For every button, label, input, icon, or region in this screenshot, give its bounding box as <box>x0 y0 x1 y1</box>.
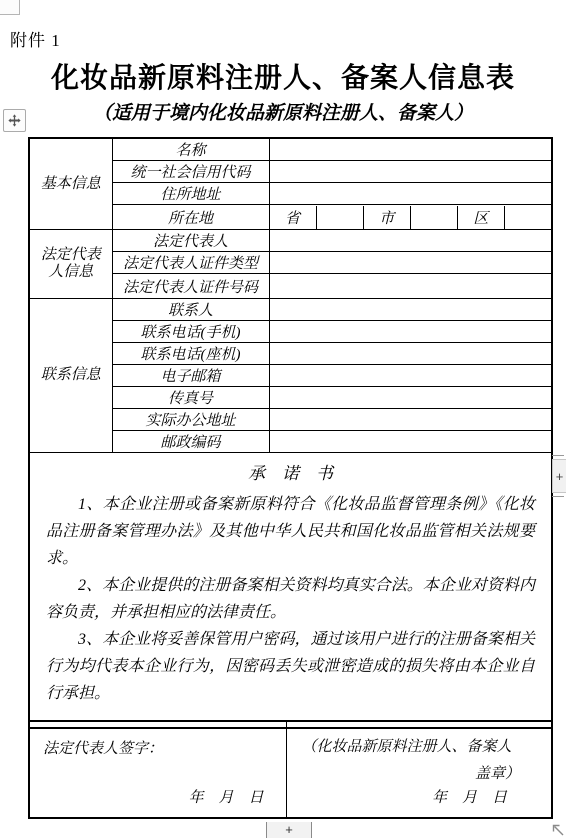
input-cell-id-type[interactable] <box>269 252 552 274</box>
table-row: 基本信息 名称 <box>29 138 552 161</box>
field-label-phone-landline: 联系电话(座机) <box>112 343 269 365</box>
field-label-fax: 传真号 <box>112 387 269 409</box>
field-label-phone-mobile: 联系电话(手机) <box>112 321 269 343</box>
section-label-text: 联系信息 <box>32 367 110 384</box>
location-cells: 省 市 区 <box>269 205 552 230</box>
signature-cell-left[interactable]: 法定代表人签字： 年 月 日 <box>29 721 286 818</box>
field-label-contact-person: 联系人 <box>112 299 269 321</box>
add-row-control[interactable]: + <box>266 822 312 838</box>
section-label-text: 基本信息 <box>39 176 103 193</box>
seal-note-line1: （化妆品新原料注册人、备案人 <box>288 723 551 756</box>
table-move-handle[interactable] <box>3 109 26 132</box>
resize-arrow-icon <box>551 823 566 838</box>
input-cell-legal-rep[interactable] <box>269 230 552 252</box>
commitment-paragraph-1: 1、本企业注册或备案新原料符合《化妆品监督管理条例》《化妆品注册备案管理办法》及… <box>46 491 535 572</box>
info-table: 基本信息 名称 统一社会信用代码 住所地址 所在地 省 市 <box>28 137 553 729</box>
signature-date-left: 年 月 日 <box>188 786 263 807</box>
location-unit-province: 省 <box>270 206 317 229</box>
plus-icon: + <box>285 822 293 837</box>
section-label-contact-info: 联系信息 <box>29 299 112 453</box>
input-cell-postal-code[interactable] <box>269 431 552 453</box>
plus-icon[interactable]: + <box>552 459 566 493</box>
input-cell-office-address[interactable] <box>269 409 552 431</box>
input-cell-contact-person[interactable] <box>269 299 552 321</box>
input-cell-uscc[interactable] <box>269 161 552 183</box>
commitment-heading: 承 诺 书 <box>46 461 535 487</box>
field-label-id-type: 法定代表人证件类型 <box>112 252 269 274</box>
field-label-name: 名称 <box>112 138 269 161</box>
commitment-paragraph-2: 2、本企业提供的注册备案相关资料均真实合法。本企业对资料内容负责，并承担相应的法… <box>46 572 535 626</box>
field-label-postal-code: 邮政编码 <box>112 431 269 453</box>
input-cell-phone-mobile[interactable] <box>269 321 552 343</box>
field-label-location: 所在地 <box>112 205 269 230</box>
table-row: 联系信息 联系人 <box>29 299 552 321</box>
field-label-office-address: 实际办公地址 <box>112 409 269 431</box>
input-cell-district[interactable] <box>505 206 551 229</box>
input-cell-province[interactable] <box>317 206 364 229</box>
attachment-label: 附件 1 <box>10 26 61 51</box>
field-label-email: 电子邮箱 <box>112 365 269 387</box>
location-unit-district: 区 <box>458 206 505 229</box>
section-label-basic-info: 基本信息 <box>29 138 112 230</box>
divider-line <box>552 455 564 456</box>
signature-cell-right[interactable]: （化妆品新原料注册人、备案人 盖章） 年 月 日 <box>286 721 552 818</box>
divider-line <box>552 496 564 497</box>
field-label-legal-rep: 法定代表人 <box>112 230 269 252</box>
input-cell-phone-landline[interactable] <box>269 343 552 365</box>
input-cell-city[interactable] <box>411 206 458 229</box>
document-page: 附件 1 化妆品新原料注册人、备案人信息表 （适用于境内化妆品新原料注册人、备案… <box>0 0 566 838</box>
field-label-id-number: 法定代表人证件号码 <box>112 274 269 299</box>
field-label-address: 住所地址 <box>112 183 269 205</box>
form-title: 化妆品新原料注册人、备案人信息表 <box>0 56 566 96</box>
table-row: 承 诺 书 1、本企业注册或备案新原料符合《化妆品监督管理条例》《化妆品注册备案… <box>29 453 552 728</box>
page-corner-decoration <box>0 0 20 15</box>
section-label-legal-rep-info: 法定代表人信息 <box>29 230 112 299</box>
commitment-cell: 承 诺 书 1、本企业注册或备案新原料符合《化妆品监督管理条例》《化妆品注册备案… <box>29 453 552 728</box>
commitment-paragraph-3: 3、本企业将妥善保管用户密码，通过该用户进行的注册备案相关行为均代表本企业行为，… <box>46 626 535 707</box>
location-row: 省 市 区 <box>270 206 552 229</box>
form-subtitle: （适用于境内化妆品新原料注册人、备案人） <box>0 98 566 125</box>
move-cross-icon <box>8 114 21 127</box>
table-row: 法定代表人签字： 年 月 日 （化妆品新原料注册人、备案人 盖章） 年 月 日 <box>29 721 552 818</box>
add-column-control: + <box>552 454 566 498</box>
signature-table: 法定代表人签字： 年 月 日 （化妆品新原料注册人、备案人 盖章） 年 月 日 <box>28 720 553 819</box>
section-label-text: 法定代表人信息 <box>39 247 103 281</box>
table-resize-handle[interactable] <box>551 823 566 838</box>
signature-date-right: 年 月 日 <box>432 786 507 807</box>
input-cell-email[interactable] <box>269 365 552 387</box>
input-cell-id-number[interactable] <box>269 274 552 299</box>
input-cell-address[interactable] <box>269 183 552 205</box>
input-cell-name[interactable] <box>269 138 552 161</box>
input-cell-fax[interactable] <box>269 387 552 409</box>
location-unit-city: 市 <box>364 206 411 229</box>
seal-note-line2: 盖章） <box>288 756 551 783</box>
field-label-uscc: 统一社会信用代码 <box>112 161 269 183</box>
table-row: 法定代表人信息 法定代表人 <box>29 230 552 252</box>
legal-rep-signature-label: 法定代表人签字： <box>31 723 285 758</box>
